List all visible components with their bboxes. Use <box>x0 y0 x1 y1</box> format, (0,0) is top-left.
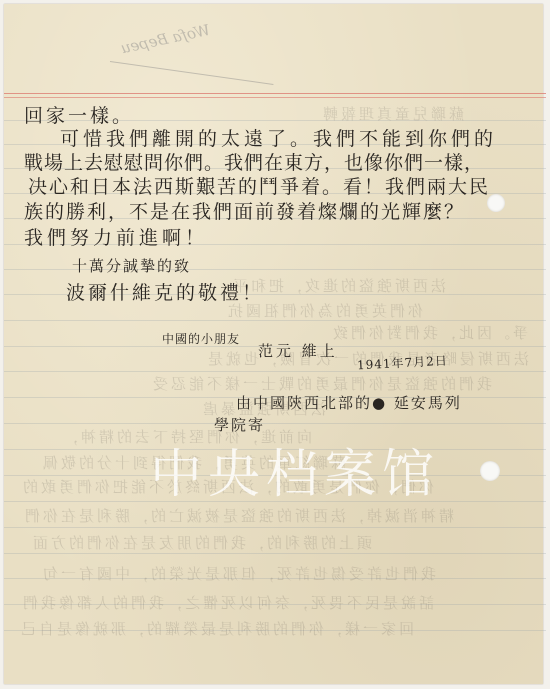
punch-hole <box>487 194 505 212</box>
signature-names: 范元 維上 <box>258 340 338 361</box>
letter-line: 族的勝利，不是在我們面前發着燦爛的光輝麼？ <box>24 197 465 224</box>
letter-line: 可惜我們離開的太遠了。我們不能到你們的 <box>60 124 497 151</box>
letter-line: 决心和日本法西斯艱苦的鬥爭着。看！我們兩大民 <box>28 172 490 199</box>
address-line: 由中國陝西北部的● 延安馬列 <box>236 392 462 413</box>
closing-line: 十萬分誠摯的致 <box>72 255 191 276</box>
letter-line: 我們努力前進啊！ <box>24 223 208 250</box>
signature-prefix: 中國的小朋友 <box>162 330 240 347</box>
closing-line: 波爾什維克的敬禮！ <box>66 278 264 305</box>
red-header-rule <box>4 93 546 98</box>
letter-line: 戰場上去慰慰問你們。我們在東方，也像你們一樣， <box>24 148 484 175</box>
punch-hole <box>480 461 500 481</box>
archive-watermark: 中央档案馆 <box>150 432 440 507</box>
